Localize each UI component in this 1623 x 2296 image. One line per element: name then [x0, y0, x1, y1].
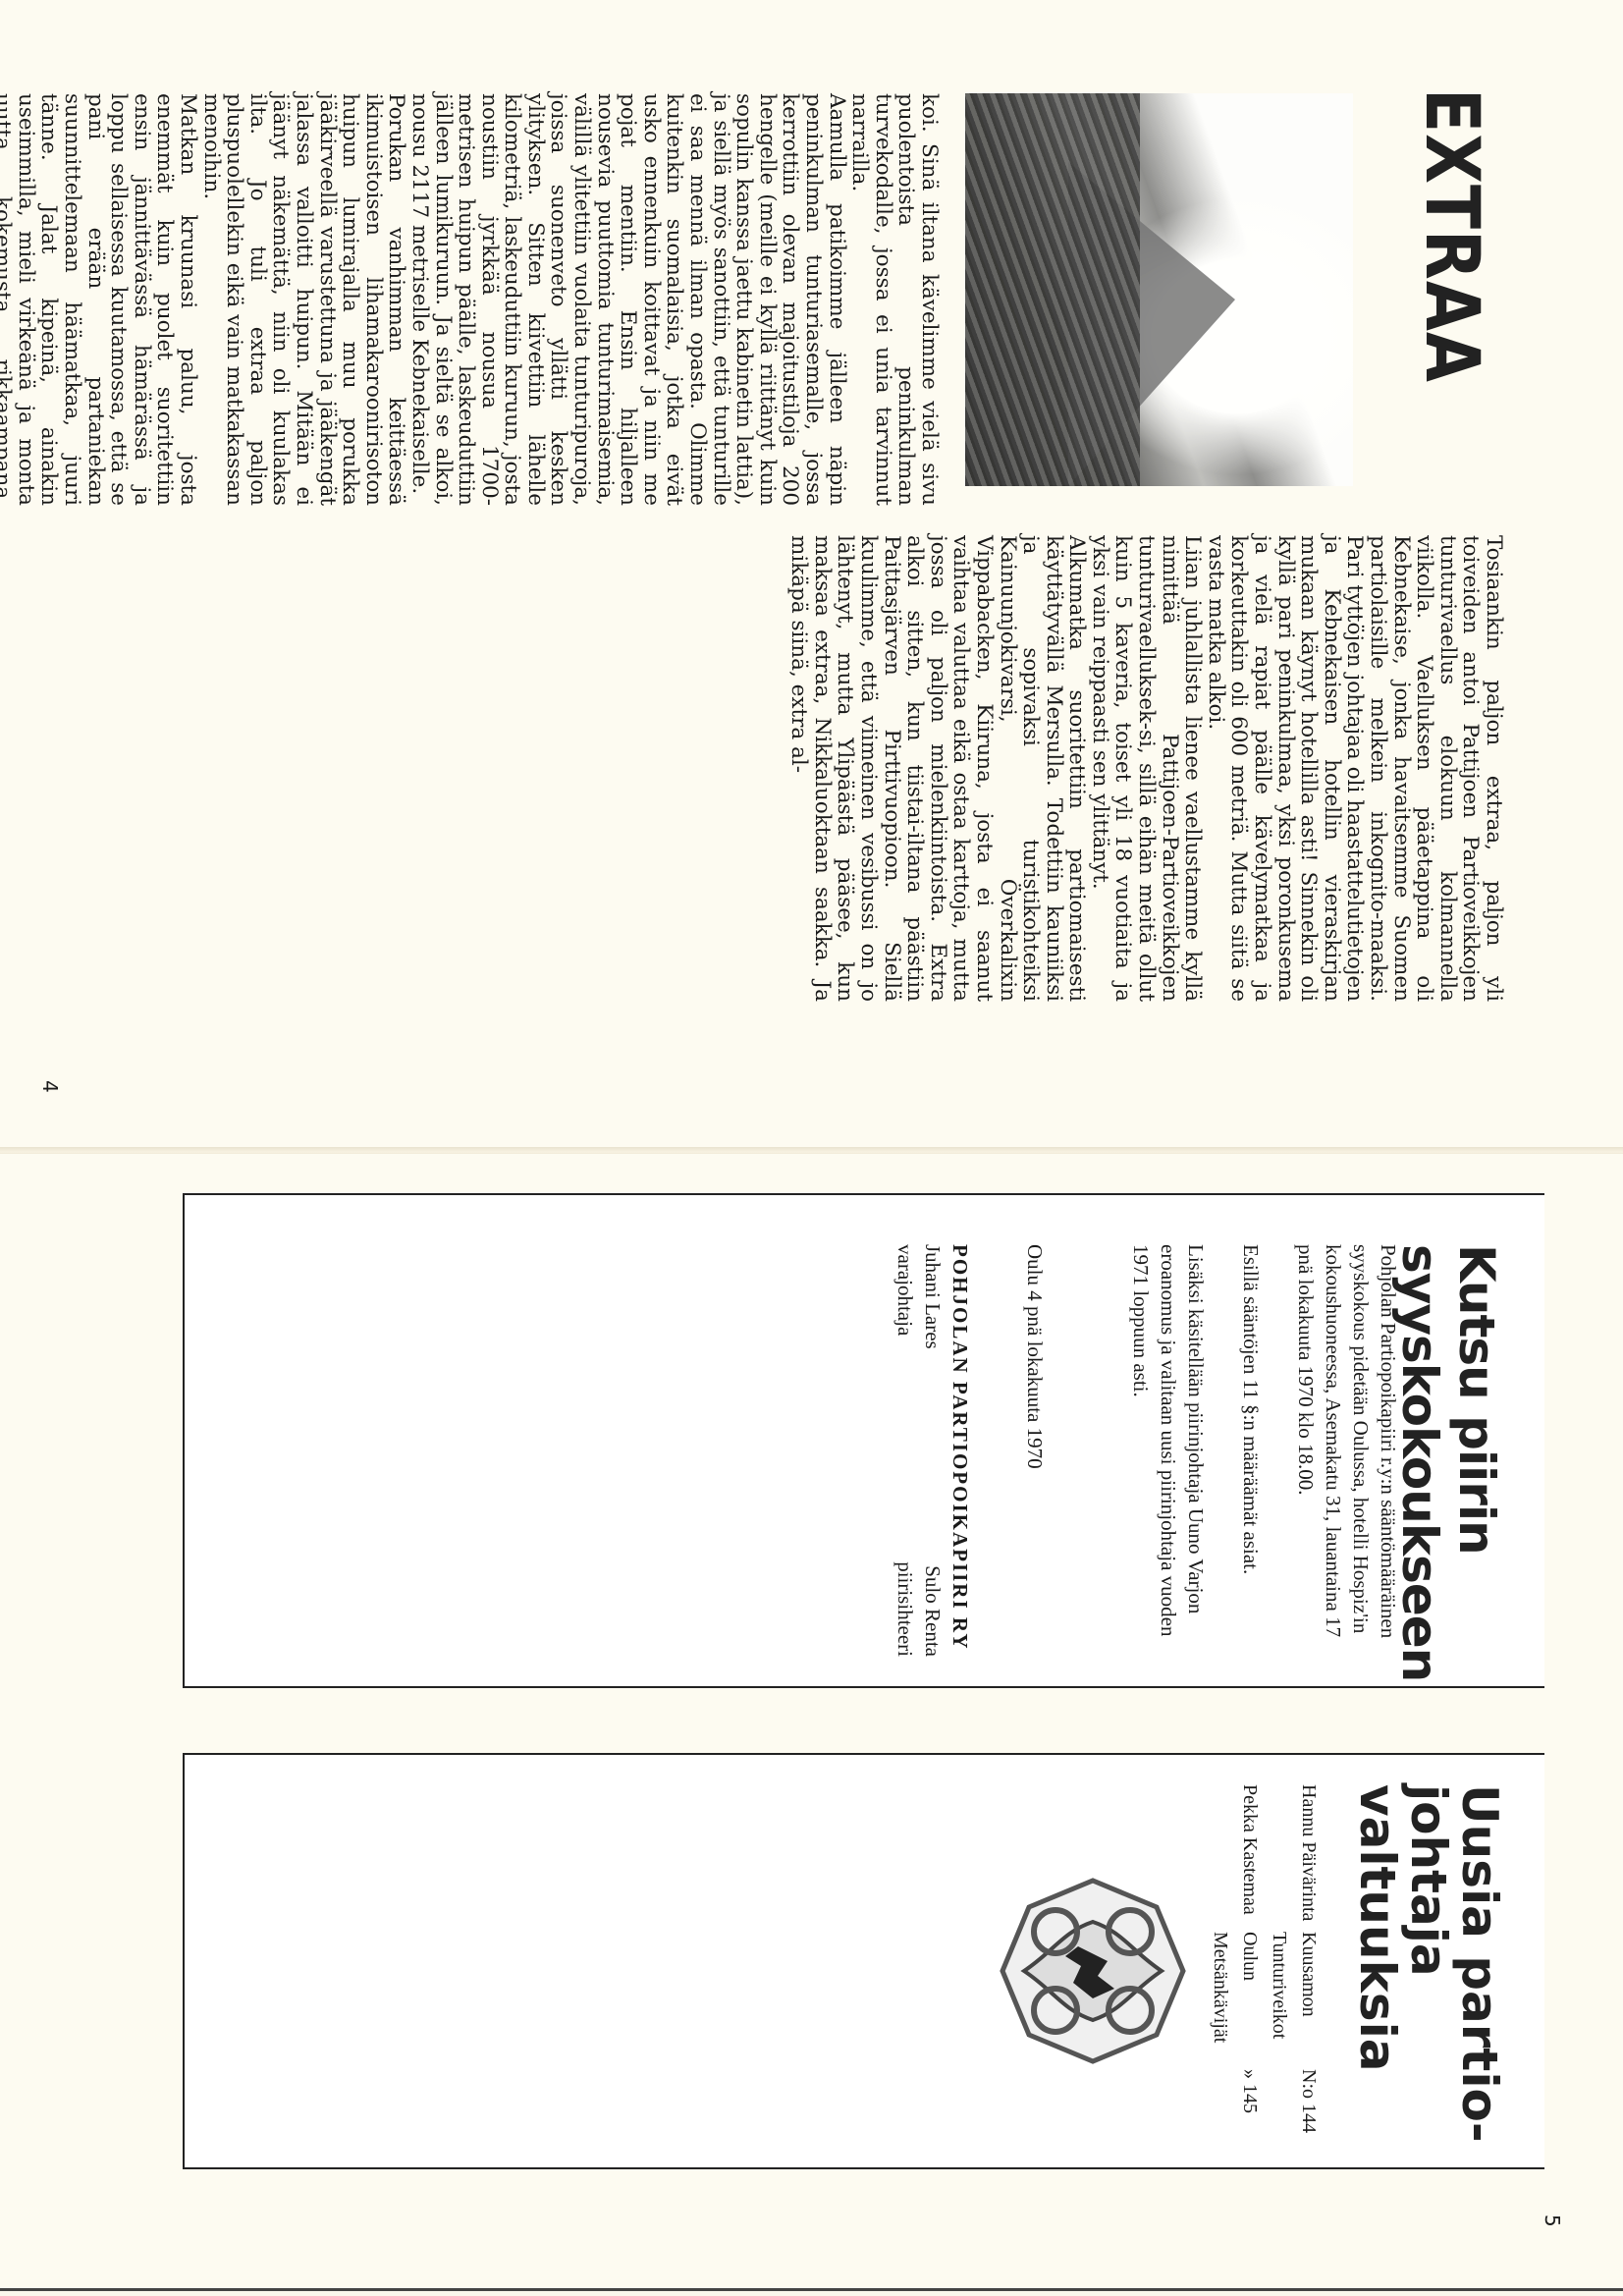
- place-date: Oulu 4 pnä lokakuuta 1970: [1021, 1244, 1049, 1657]
- list-item: Hannu Päivärinta Kuusamon Tunturiveikot …: [1265, 1784, 1324, 2138]
- warrant-number: N:o 144: [1265, 2069, 1324, 2138]
- photo-slope: [965, 93, 1140, 486]
- article-title: EXTRAA: [1408, 88, 1495, 383]
- invitation-body: Pohjolan Partiopoikapiiri r.y:n sääntömä…: [1100, 1244, 1402, 1657]
- warrant-number: » 145: [1206, 2069, 1265, 2138]
- invitation-title: Kutsu piirin syyskokoukseen: [1391, 1244, 1505, 1686]
- list-item: Pekka Kastemaa Oulun Metsänkävijät » 145: [1206, 1784, 1265, 2138]
- signer-roles: varajohtaja piirisihteeri: [892, 1244, 919, 1657]
- troop-name: Kuusamon Tunturiveikot: [1265, 1932, 1324, 2069]
- scout-emblem-icon: [995, 1873, 1191, 2069]
- page-number: 5: [1541, 2214, 1564, 2227]
- warrants-title: Uusia partio- johtaja valtuuksia: [1352, 1784, 1505, 2143]
- warrants-title-line: Uusia partio-: [1454, 1784, 1505, 2143]
- signer-names: Juhani Lares Sulo Renta: [919, 1244, 947, 1657]
- warrants-title-line: valtuuksia: [1352, 1784, 1403, 2143]
- signer-2-role: piirisihteeri: [892, 1561, 919, 1657]
- new-leader-warrants-box: Uusia partio- johtaja valtuuksia Hannu P…: [183, 1753, 1544, 2169]
- leader-name: Hannu Päivärinta: [1265, 1784, 1324, 1932]
- organization-name: POHJOLAN PARTIOPOIKAPIIRI RY: [947, 1244, 974, 1657]
- troop-name: Oulun Metsänkävijät: [1206, 1932, 1265, 2069]
- article-column-1: Tosiaankin paljon extraa, paljon yli toi…: [787, 535, 1505, 1002]
- leader-name: Pekka Kastemaa: [1206, 1784, 1265, 1932]
- invitation-paragraph: Esillä sääntöjen 11 §:n määräämät asiat.: [1237, 1244, 1265, 1657]
- meeting-invitation-box: Kutsu piirin syyskokoukseen Pohjolan Par…: [183, 1193, 1544, 1688]
- signer-1-name: Juhani Lares: [919, 1244, 947, 1349]
- article-column-2: koi. Sinä iltana kävelimme vielä sivu pu…: [0, 93, 941, 506]
- signer-2-name: Sulo Renta: [919, 1565, 947, 1657]
- invitation-signature: Oulu 4 pnä lokakuuta 1970 POHJOLAN PARTI…: [892, 1244, 1049, 1657]
- invitation-paragraph: Pohjolan Partiopoikapiiri r.y:n sääntömä…: [1292, 1244, 1402, 1657]
- page-5: Kutsu piirin syyskokoukseen Pohjolan Par…: [0, 1154, 1623, 2291]
- page-5-content: Kutsu piirin syyskokoukseen Pohjolan Par…: [0, 1154, 1623, 2288]
- page-number: 4: [38, 1080, 62, 1093]
- mountain-photo: [965, 93, 1353, 486]
- warrants-list: Hannu Päivärinta Kuusamon Tunturiveikot …: [1206, 1784, 1324, 2138]
- warrants-title-line: johtaja: [1403, 1784, 1454, 2143]
- signer-1-role: varajohtaja: [892, 1244, 919, 1336]
- invitation-paragraph: Lisäksi käsitellään piirinjohtaja Uuno V…: [1127, 1244, 1210, 1657]
- page-4: EXTRAA Tosiaankin paljon extraa, paljon …: [0, 0, 1623, 1149]
- page-4-content: EXTRAA Tosiaankin paljon extraa, paljon …: [0, 0, 1623, 1149]
